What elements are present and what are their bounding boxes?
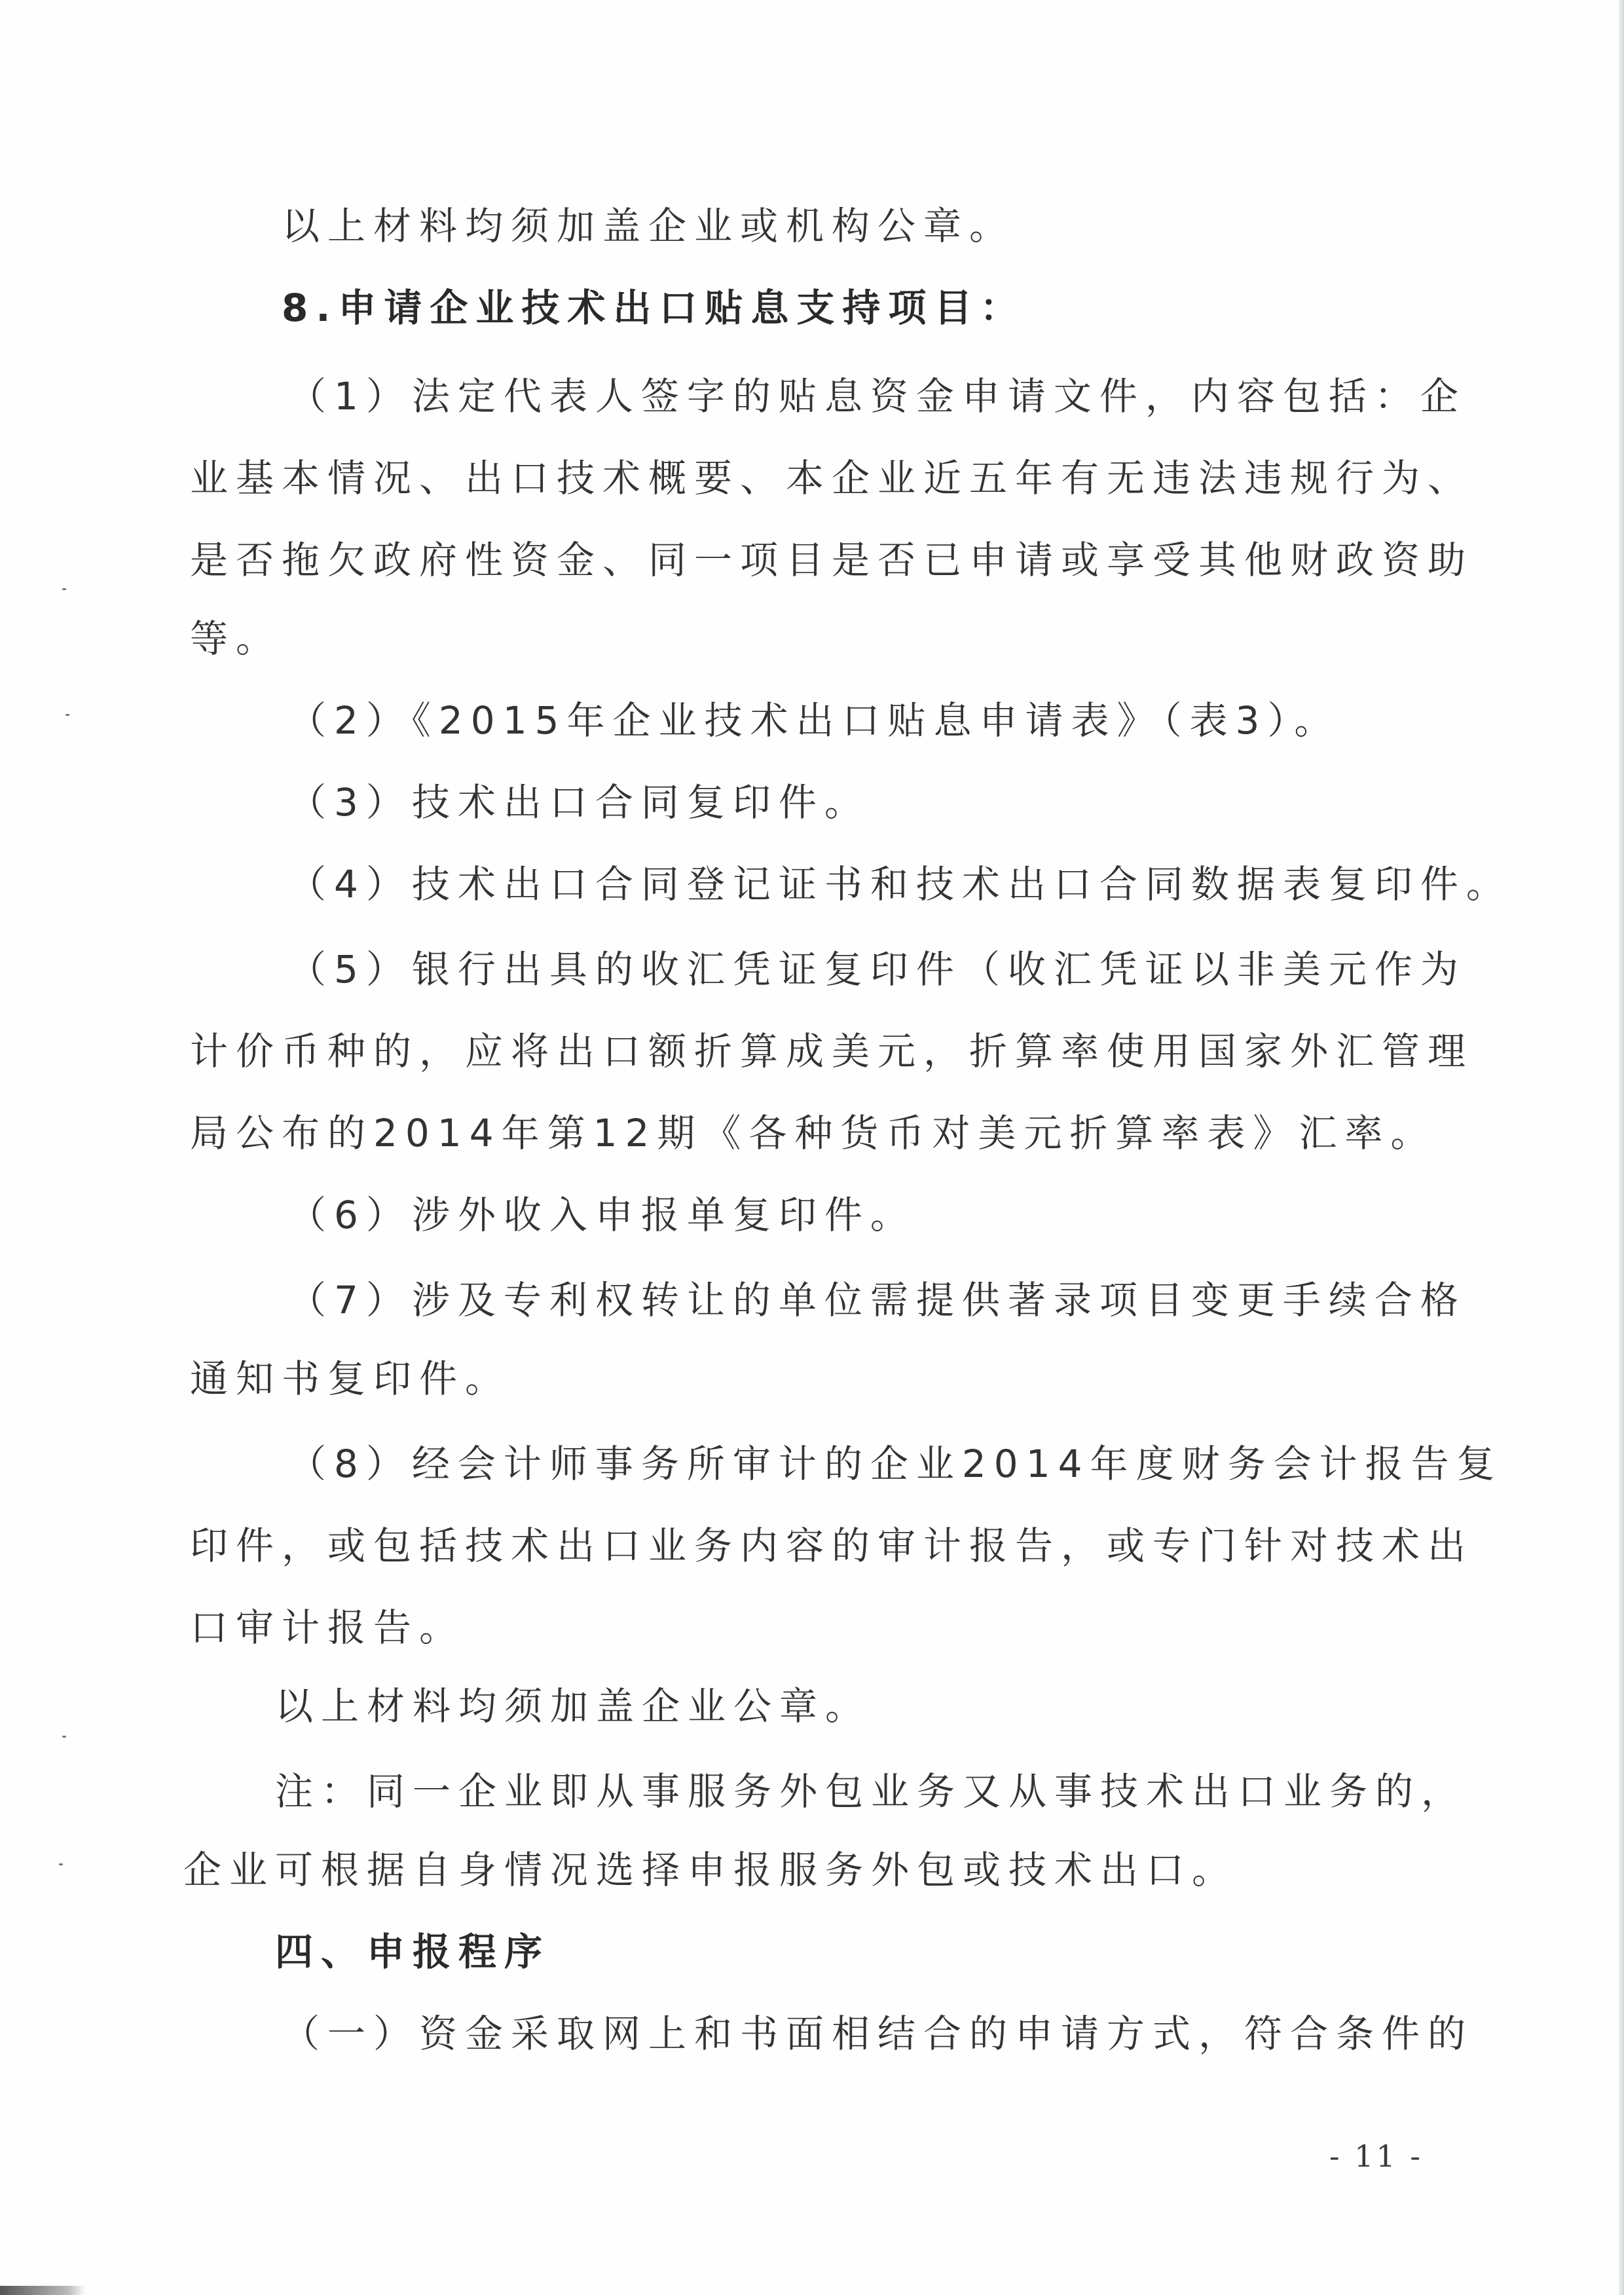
text-line: （5）银行出具的收汇凭证复印件（收汇凭证以非美元作为 bbox=[288, 943, 1466, 996]
margin-mark bbox=[65, 714, 69, 716]
text-line: 以上材料均须加盖企业或机构公章。 bbox=[282, 200, 1015, 252]
scan-artifact bbox=[0, 2286, 85, 2295]
text-line: （6）涉外收入申报单复印件。 bbox=[288, 1189, 916, 1241]
text-line: 业基本情况、出口技术概要、本企业近五年有无违法违规行为、 bbox=[190, 452, 1473, 504]
text-line: （4）技术出口合同登记证书和技术出口合同数据表复印件。 bbox=[288, 858, 1512, 910]
note-line: 注：同一企业即从事服务外包业务又从事技术出口业务的， bbox=[275, 1765, 1467, 1818]
text-line: 计价币种的，应将出口额折算成美元，折算率使用国家外汇管理 bbox=[190, 1025, 1473, 1077]
text-line: 通知书复印件。 bbox=[190, 1353, 511, 1405]
section-heading: 四、申报程序 bbox=[275, 1926, 550, 1978]
margin-mark bbox=[59, 1863, 63, 1865]
text-line: 等。 bbox=[190, 612, 282, 665]
section-heading: 8.申请企业技术出口贴息支持项目： bbox=[282, 282, 1025, 334]
margin-mark bbox=[62, 1736, 66, 1738]
text-line: （8）经会计师事务所审计的企业2014年度财务会计报告复 bbox=[288, 1438, 1503, 1490]
text-line: （2）《2015年企业技术出口贴息申请表》（表3）。 bbox=[288, 694, 1340, 747]
text-line: 是否拖欠政府性资金、同一项目是否已申请或享受其他财政资助 bbox=[190, 534, 1473, 586]
text-line: 口审计报告。 bbox=[190, 1601, 465, 1654]
scan-edge-shadow bbox=[1619, 0, 1624, 2295]
text-line: （一）资金采取网上和书面相结合的申请方式，符合条件的 bbox=[282, 2007, 1473, 2060]
note-line: 企业可根据自身情况选择申报服务外包或技术出口。 bbox=[183, 1844, 1238, 1896]
text-line: 印件，或包括技术出口业务内容的审计报告，或专门针对技术出 bbox=[190, 1520, 1473, 1572]
text-line: （1）法定代表人签字的贴息资金申请文件，内容包括：企 bbox=[288, 370, 1466, 422]
text-line: （7）涉及专利权转让的单位需提供著录项目变更手续合格 bbox=[288, 1274, 1466, 1326]
text-line: 局公布的2014年第12期《各种货币对美元折算率表》汇率。 bbox=[190, 1107, 1436, 1159]
document-page: 以上材料均须加盖企业或机构公章。 8.申请企业技术出口贴息支持项目： （1）法定… bbox=[0, 0, 1624, 2295]
text-line: 以上材料均须加盖企业公章。 bbox=[275, 1680, 871, 1732]
text-line: （3）技术出口合同复印件。 bbox=[288, 776, 870, 829]
page-number: - 11 - bbox=[1329, 2138, 1423, 2174]
margin-mark bbox=[62, 588, 66, 590]
